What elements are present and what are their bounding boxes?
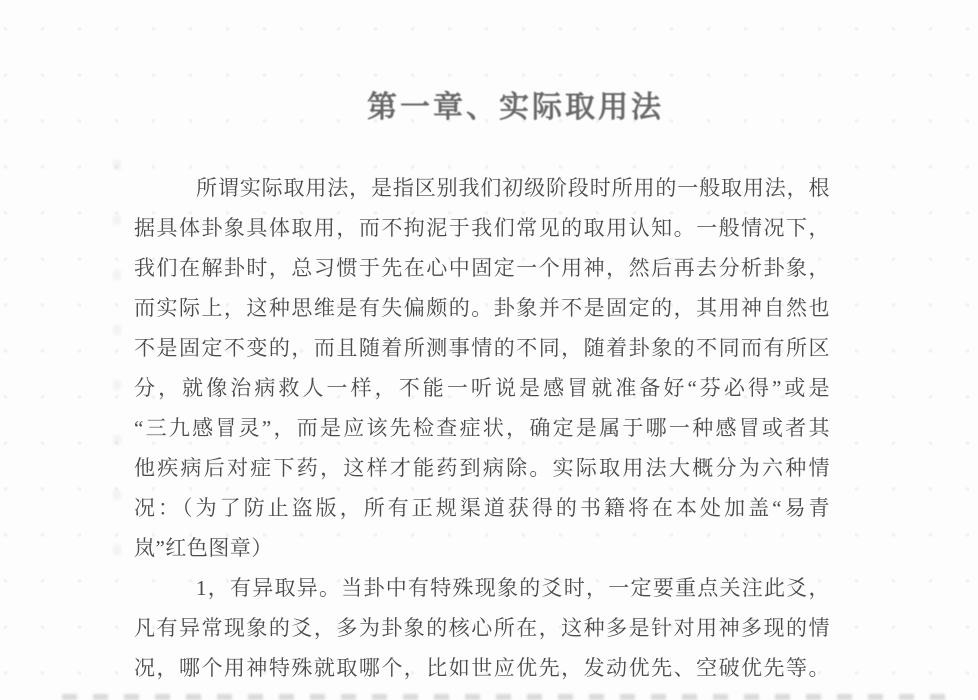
text-line: 不是固定不变的，而且随着所测事情的不同，随着卦象的不同而有所区 xyxy=(134,328,830,368)
text-line: 况：（为了防止盗版，所有正规渠道获得的书籍将在本处加盖“易青 xyxy=(134,488,830,528)
text-line: 而实际上，这种思维是有失偏颇的。卦象并不是固定的，其用神自然也 xyxy=(134,288,830,328)
text-line: 分，就像治病救人一样，不能一听说是感冒就准备好“芬必得”或是 xyxy=(134,368,830,408)
text-line: 他疾病后对症下药，这样才能药到病除。实际取用法大概分为六种情 xyxy=(134,448,830,488)
text-line: 据具体卦象具体取用，而不拘泥于我们常见的取用认知。一般情况下， xyxy=(134,208,830,248)
document-body: 所谓实际取用法，是指区别我们初级阶段时所用的一般取用法，根据具体卦象具体取用，而… xyxy=(134,168,830,688)
text-line: 1，有异取异。当卦中有特殊现象的爻时，一定要重点关注此爻， xyxy=(134,568,830,608)
document-page: 第一章、实际取用法 所谓实际取用法，是指区别我们初级阶段时所用的一般取用法，根据… xyxy=(0,0,978,700)
text-line: 所谓实际取用法，是指区别我们初级阶段时所用的一般取用法，根 xyxy=(134,168,830,208)
cutoff-text-artifact xyxy=(62,694,948,700)
scan-margin-smudges xyxy=(113,160,121,580)
text-line: 况，哪个用神特殊就取哪个，比如世应优先，发动优先、空破优先等。 xyxy=(134,648,830,688)
text-line: 岚”红色图章） xyxy=(134,528,830,568)
text-line: 我们在解卦时，总习惯于先在心中固定一个用神，然后再去分析卦象， xyxy=(134,248,830,288)
text-line: “三九感冒灵”，而是应该先检查症状，确定是属于哪一种感冒或者其 xyxy=(134,408,830,448)
chapter-title: 第一章、实际取用法 xyxy=(167,82,864,126)
text-line: 凡有异常现象的爻，多为卦象的核心所在，这种多是针对用神多现的情 xyxy=(134,608,830,648)
